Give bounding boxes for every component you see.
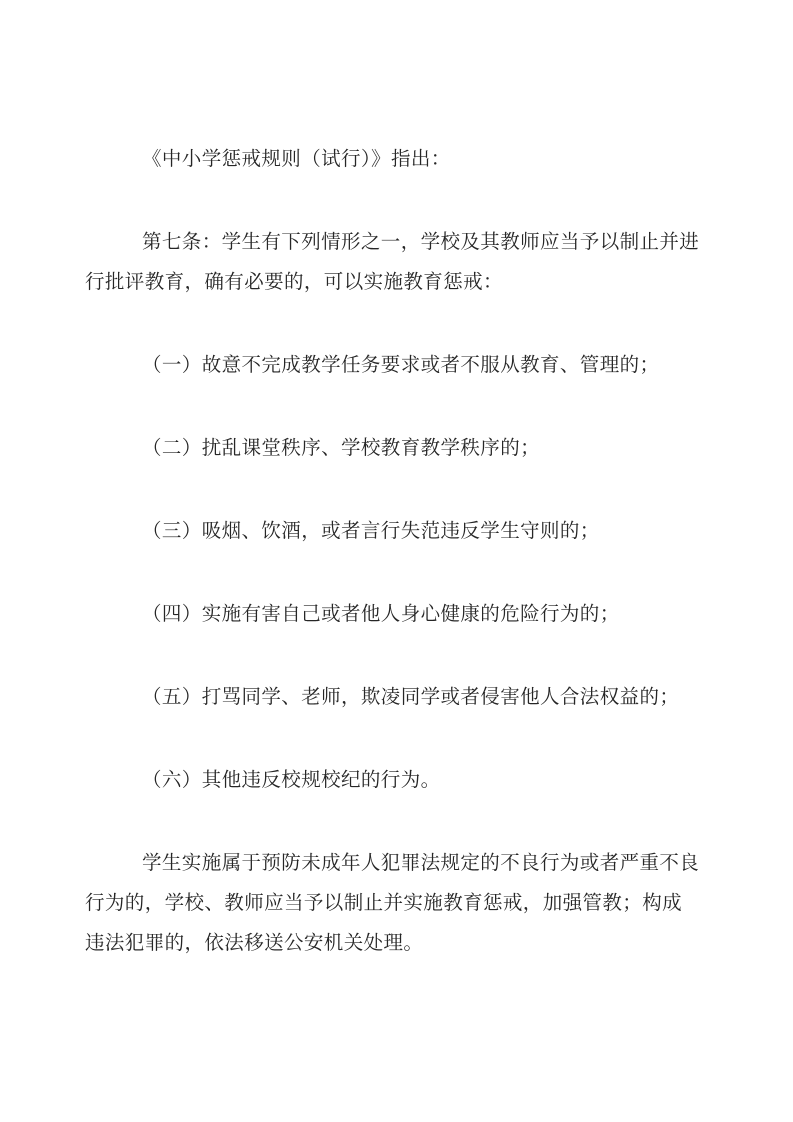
text-line: （六）其他违反校规校纪的行为。 [85, 761, 703, 801]
paragraph-closing: 学生实施属于预防未成年人犯罪法规定的不良行为或者严重不良 行为的，学校、教师应当… [85, 844, 703, 964]
text-line: （二）扰乱课堂秩序、学校教育教学秩序的； [85, 429, 703, 469]
paragraph-item-3: （三）吸烟、饮酒，或者言行失范违反学生守则的； [85, 512, 703, 552]
text-line: 违法犯罪的，依法移送公安机关处理。 [85, 924, 703, 964]
paragraph-intro: 《中小学惩戒规则（试行）》指出： [85, 140, 703, 180]
paragraph-item-1: （一）故意不完成教学任务要求或者不服从教育、管理的； [85, 346, 703, 386]
document-page: 《中小学惩戒规则（试行）》指出： 第七条：学生有下列情形之一，学校及其教师应当予… [0, 0, 793, 1122]
text-line: （五）打骂同学、老师，欺凌同学或者侵害他人合法权益的； [85, 678, 703, 718]
text-line: 学生实施属于预防未成年人犯罪法规定的不良行为或者严重不良 [85, 844, 703, 884]
text-line: 行批评教育，确有必要的，可以实施教育惩戒： [85, 263, 703, 303]
text-line: 第七条：学生有下列情形之一，学校及其教师应当予以制止并进 [85, 223, 703, 263]
paragraph-item-4: （四）实施有害自己或者他人身心健康的危险行为的； [85, 595, 703, 635]
paragraph-article-seven: 第七条：学生有下列情形之一，学校及其教师应当予以制止并进 行批评教育，确有必要的… [85, 223, 703, 303]
text-line: （四）实施有害自己或者他人身心健康的危险行为的； [85, 595, 703, 635]
paragraph-item-5: （五）打骂同学、老师，欺凌同学或者侵害他人合法权益的； [85, 678, 703, 718]
text-line: （三）吸烟、饮酒，或者言行失范违反学生守则的； [85, 512, 703, 552]
text-line: （一）故意不完成教学任务要求或者不服从教育、管理的； [85, 346, 703, 386]
text-line: 《中小学惩戒规则（试行）》指出： [85, 140, 703, 180]
text-line: 行为的，学校、教师应当予以制止并实施教育惩戒，加强管教；构成 [85, 884, 703, 924]
paragraph-item-6: （六）其他违反校规校纪的行为。 [85, 761, 703, 801]
paragraph-item-2: （二）扰乱课堂秩序、学校教育教学秩序的； [85, 429, 703, 469]
